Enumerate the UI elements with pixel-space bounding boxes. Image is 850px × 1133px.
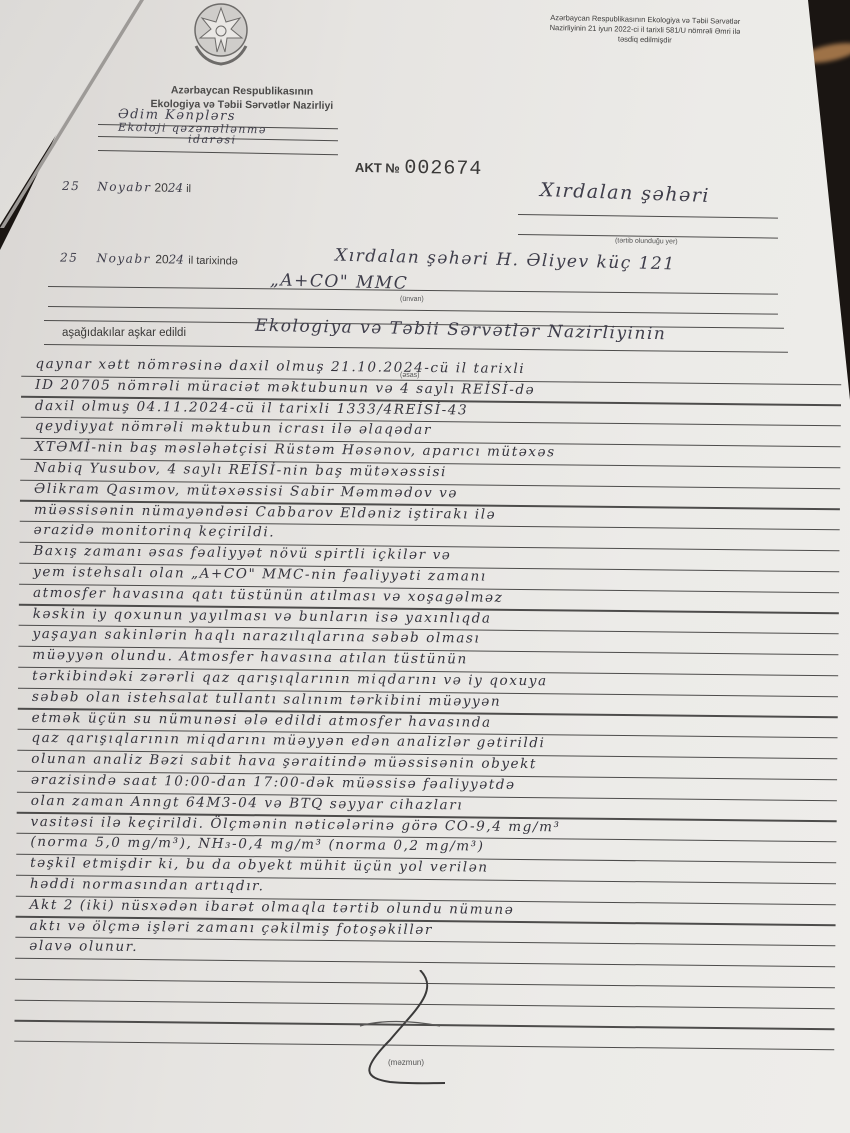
handwritten-text: əlavə olunur. (29, 938, 138, 955)
date-line-1: 25 Noyabr 2024 il (62, 179, 191, 195)
subunit-handwritten-3: idarəsi (188, 133, 237, 147)
act-number-value: 002674 (404, 157, 482, 181)
date-line-2: 25 Noyabr 2024 il tarixində (60, 248, 238, 269)
handwritten-text: daxil olmuş 04.11.2024-cü il tarixli 133… (35, 397, 468, 418)
date2-day: 25 (60, 250, 79, 264)
state-emblem-icon (184, 2, 258, 68)
address-caption: (ünvan) (400, 296, 424, 303)
handwritten-text: Baxış zamanı əsas fəaliyyət növü spirtli… (33, 543, 451, 563)
date1-year-prefix: 20 (154, 180, 168, 194)
date2-suffix: il tarixində (188, 255, 238, 268)
handwritten-text: qeydiyyat nömrəli məktubun icrası ilə əl… (35, 418, 432, 438)
place-caption: (tərtib olunduğu yer) (615, 237, 678, 245)
approval-note: Azərbaycan Respublikasının Ekologiya və … (495, 12, 796, 48)
act-number-heading: AKT № 002674 (355, 156, 483, 181)
content-caption: (məzmun) (388, 1058, 424, 1067)
handwritten-text: olan zaman Anngt 64M3-04 və BTQ səyyar c… (31, 793, 464, 814)
handwritten-text: yaşayan sakinlərin haqlı narazılıqlarına… (32, 626, 480, 647)
basis-caption: (əsas) (400, 372, 419, 379)
findings-body: qaynar xətt nömrəsinə daxil olmuş 21.10.… (14, 326, 841, 1055)
date1-suffix: il (186, 183, 191, 195)
handwritten-text: kəskin iy qoxunun yayılması və bunların … (33, 605, 492, 626)
handwritten-text: Nabiq Yusubov, 4 saylı REİSİ-nin baş müt… (34, 460, 447, 480)
address-line-2: „A+CO" MMC (270, 270, 409, 294)
handwritten-text: etmək üçün su nümunəsi ələ edildi atmosf… (32, 709, 492, 730)
handwritten-text: (norma 5,0 mg/m³), NH₃-0,4 mg/m³ (norma … (30, 834, 484, 855)
date1-year-suffix: 24 (168, 181, 184, 195)
date1-day: 25 (62, 179, 81, 193)
handwritten-text: müəyyən olundu. Atmosfer havasına atılan… (32, 647, 468, 668)
signature-scribble (320, 970, 460, 1090)
handwritten-text: Əlikram Qasımov, mütəxəssisi Sabir Məmmə… (34, 481, 458, 501)
date1-month: Noyabr (97, 179, 151, 194)
date2-year-prefix: 20 (155, 252, 169, 266)
date2-month: Noyabr (97, 251, 151, 266)
handwritten-text: aktı və ölçmə işləri zamanı çəkilmiş fot… (29, 917, 433, 937)
handwritten-text: yem istehsalı olan „A+CO" MMC-nin fəaliy… (33, 564, 487, 585)
date2-year-suffix: 24 (168, 252, 184, 266)
handwritten-text: müəssisənin nümayəndəsi Cabbarov Eldəniz… (34, 501, 497, 522)
handwritten-text: həddi normasından artıqdır. (30, 876, 265, 894)
handwritten-text: ərazidə monitorinq keçirildi. (34, 522, 276, 541)
handwritten-text: təşkil etmişdir ki, bu da obyekt mühit ü… (30, 855, 489, 876)
handwritten-text: qaynar xətt nömrəsinə daxil olmuş 21.10.… (35, 356, 525, 377)
act-number-label: AKT № (355, 160, 400, 176)
